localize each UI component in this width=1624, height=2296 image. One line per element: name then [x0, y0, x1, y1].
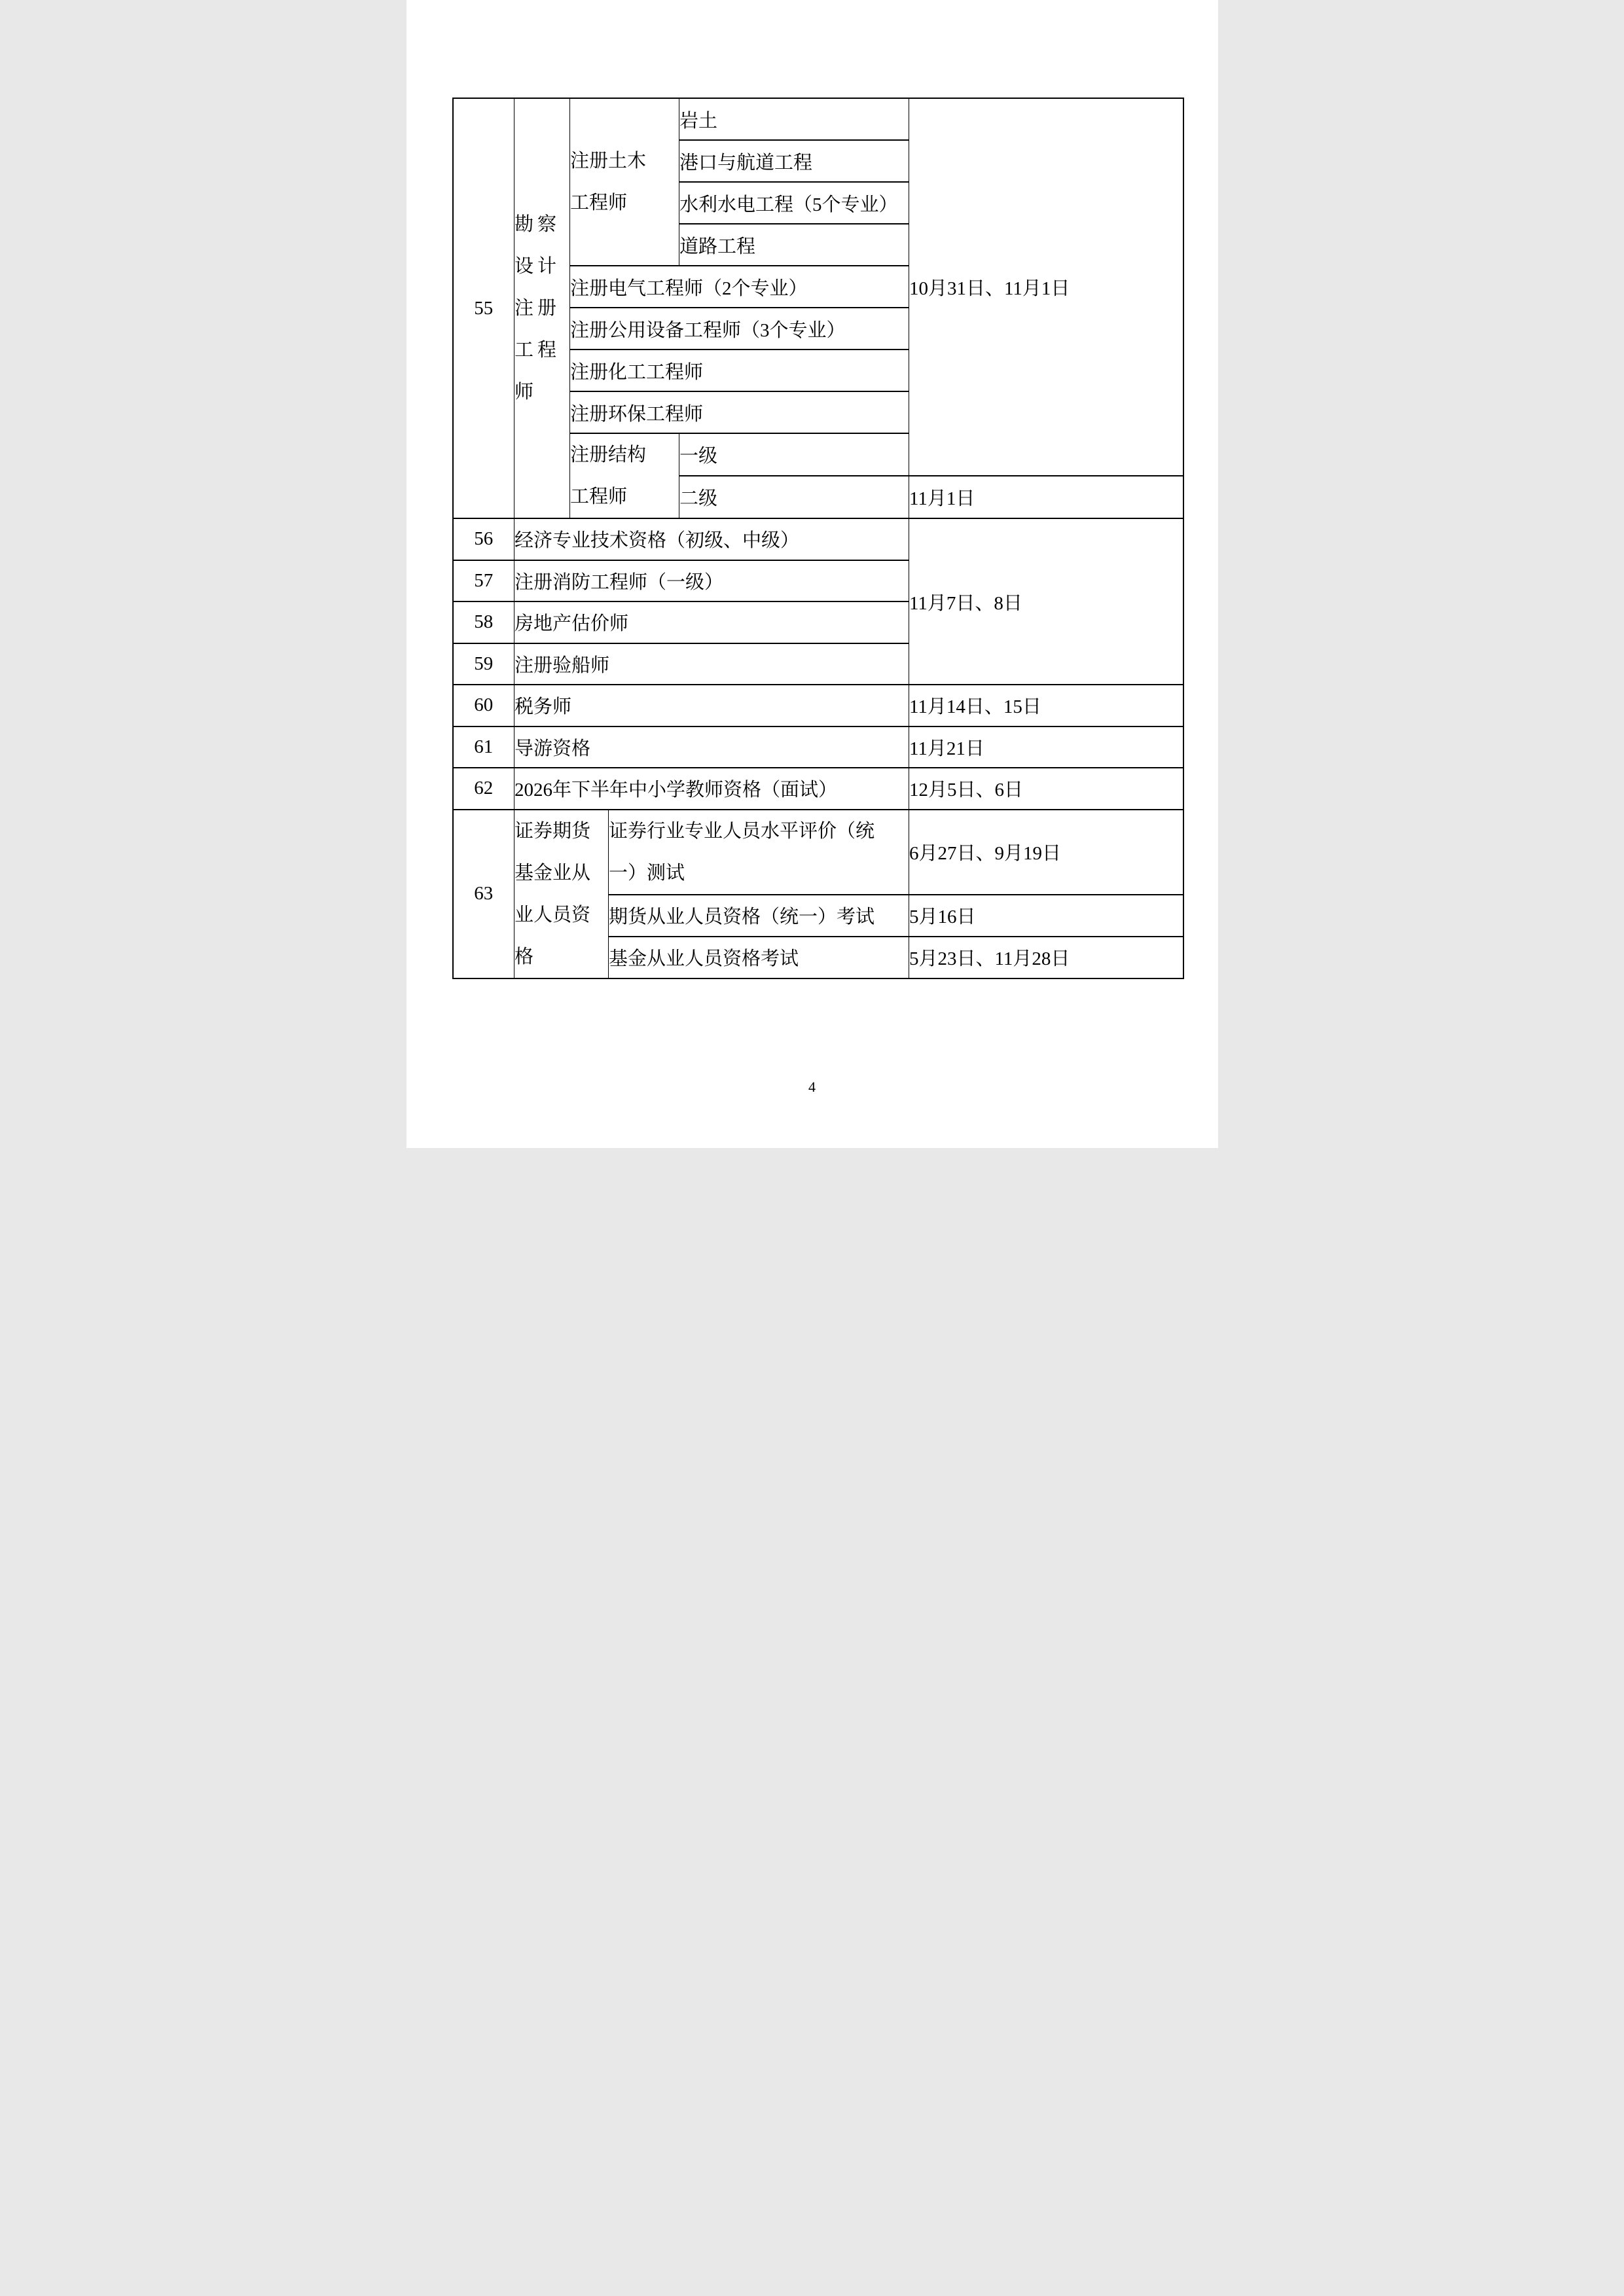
exam-teacher-qualification: 2026年下半年中小学教师资格（面试）: [514, 768, 909, 810]
structural-level-1: 一级: [679, 433, 909, 476]
specialty-geotechnical: 岩土: [679, 98, 909, 140]
category-line: 设计: [514, 245, 569, 287]
exam-ship-surveyor: 注册验船师: [514, 643, 909, 685]
specialty-hydraulic: 水利水电工程（5个专业）: [679, 182, 909, 224]
exam-tour-guide: 导游资格: [514, 726, 909, 768]
row58-number: 58: [453, 601, 514, 643]
page-number: 4: [406, 1079, 1218, 1096]
table-row: 63 证券期货 基金业从 业人员资 格 证券行业专业人员水平评价（统 一）测试 …: [453, 810, 1183, 895]
exam-name-line: 一）测试: [609, 852, 909, 894]
table-row: 60 税务师 11月14日、15日: [453, 685, 1183, 726]
date-cell-dec5-6: 12月5日、6日: [909, 768, 1183, 810]
structural-title-line: 工程师: [570, 476, 679, 518]
category-line: 格: [514, 936, 608, 978]
specialty-port-waterway: 港口与航道工程: [679, 140, 909, 182]
row60-number: 60: [453, 685, 514, 726]
exam-environmental-engineer: 注册环保工程师: [570, 391, 909, 433]
exam-tax-advisor: 税务师: [514, 685, 909, 726]
row63-category-cell: 证券期货 基金业从 业人员资 格: [514, 810, 609, 978]
category-line: 勘察: [514, 204, 569, 245]
date-cell-jun27-sep19: 6月27日、9月19日: [909, 810, 1183, 895]
civil-title-line: 注册土木: [570, 140, 679, 182]
date-cell-nov1: 11月1日: [909, 476, 1183, 518]
date-cell-may16: 5月16日: [909, 895, 1183, 937]
date-cell-nov7-8: 11月7日、8日: [909, 518, 1183, 685]
exam-real-estate-appraiser: 房地产估价师: [514, 601, 909, 643]
date-cell-oct31-nov1: 10月31日、11月1日: [909, 98, 1183, 476]
exam-futures-qualification: 期货从业人员资格（统一）考试: [609, 895, 909, 937]
structural-title-line: 注册结构: [570, 434, 679, 476]
row55-number: 55: [453, 98, 514, 518]
exam-chemical-engineer: 注册化工工程师: [570, 350, 909, 391]
row62-number: 62: [453, 768, 514, 810]
date-cell-may23-nov28: 5月23日、11月28日: [909, 937, 1183, 978]
category-line: 证券期货: [514, 810, 608, 852]
date-cell-nov21: 11月21日: [909, 726, 1183, 768]
civil-engineer-title-cell: 注册土木 工程师: [570, 98, 679, 266]
civil-title-line: 工程师: [570, 182, 679, 224]
exam-securities-evaluation: 证券行业专业人员水平评价（统 一）测试: [609, 810, 909, 895]
structural-engineer-title-cell: 注册结构 工程师: [570, 433, 679, 518]
document-page: 55 勘察 设计 注册 工程 师 注册土木 工程师 岩土 10月31日、11月1…: [406, 0, 1218, 1148]
specialty-road: 道路工程: [679, 224, 909, 266]
row56-number: 56: [453, 518, 514, 560]
date-cell-nov14-15: 11月14日、15日: [909, 685, 1183, 726]
table-row: 55 勘察 设计 注册 工程 师 注册土木 工程师 岩土 10月31日、11月1…: [453, 98, 1183, 140]
structural-level-2: 二级: [679, 476, 909, 518]
row55-category-cell: 勘察 设计 注册 工程 师: [514, 98, 570, 518]
exam-schedule-table: 55 勘察 设计 注册 工程 师 注册土木 工程师 岩土 10月31日、11月1…: [452, 98, 1184, 979]
category-line: 业人员资: [514, 894, 608, 936]
row57-number: 57: [453, 560, 514, 602]
category-line: 注册: [514, 287, 569, 329]
category-line: 基金业从: [514, 852, 608, 894]
table-row: 61 导游资格 11月21日: [453, 726, 1183, 768]
exam-electrical-engineer: 注册电气工程师（2个专业）: [570, 266, 909, 308]
exam-name-line: 证券行业专业人员水平评价（统: [609, 810, 909, 852]
exam-economics-qualification: 经济专业技术资格（初级、中级）: [514, 518, 909, 560]
row63-number: 63: [453, 810, 514, 978]
exam-fund-qualification: 基金从业人员资格考试: [609, 937, 909, 978]
row61-number: 61: [453, 726, 514, 768]
category-line: 师: [514, 371, 569, 413]
exam-fire-engineer: 注册消防工程师（一级）: [514, 560, 909, 602]
category-line: 工程: [514, 329, 569, 371]
table-row: 62 2026年下半年中小学教师资格（面试） 12月5日、6日: [453, 768, 1183, 810]
row59-number: 59: [453, 643, 514, 685]
exam-public-equipment-engineer: 注册公用设备工程师（3个专业）: [570, 308, 909, 350]
table-row: 56 经济专业技术资格（初级、中级） 11月7日、8日: [453, 518, 1183, 560]
